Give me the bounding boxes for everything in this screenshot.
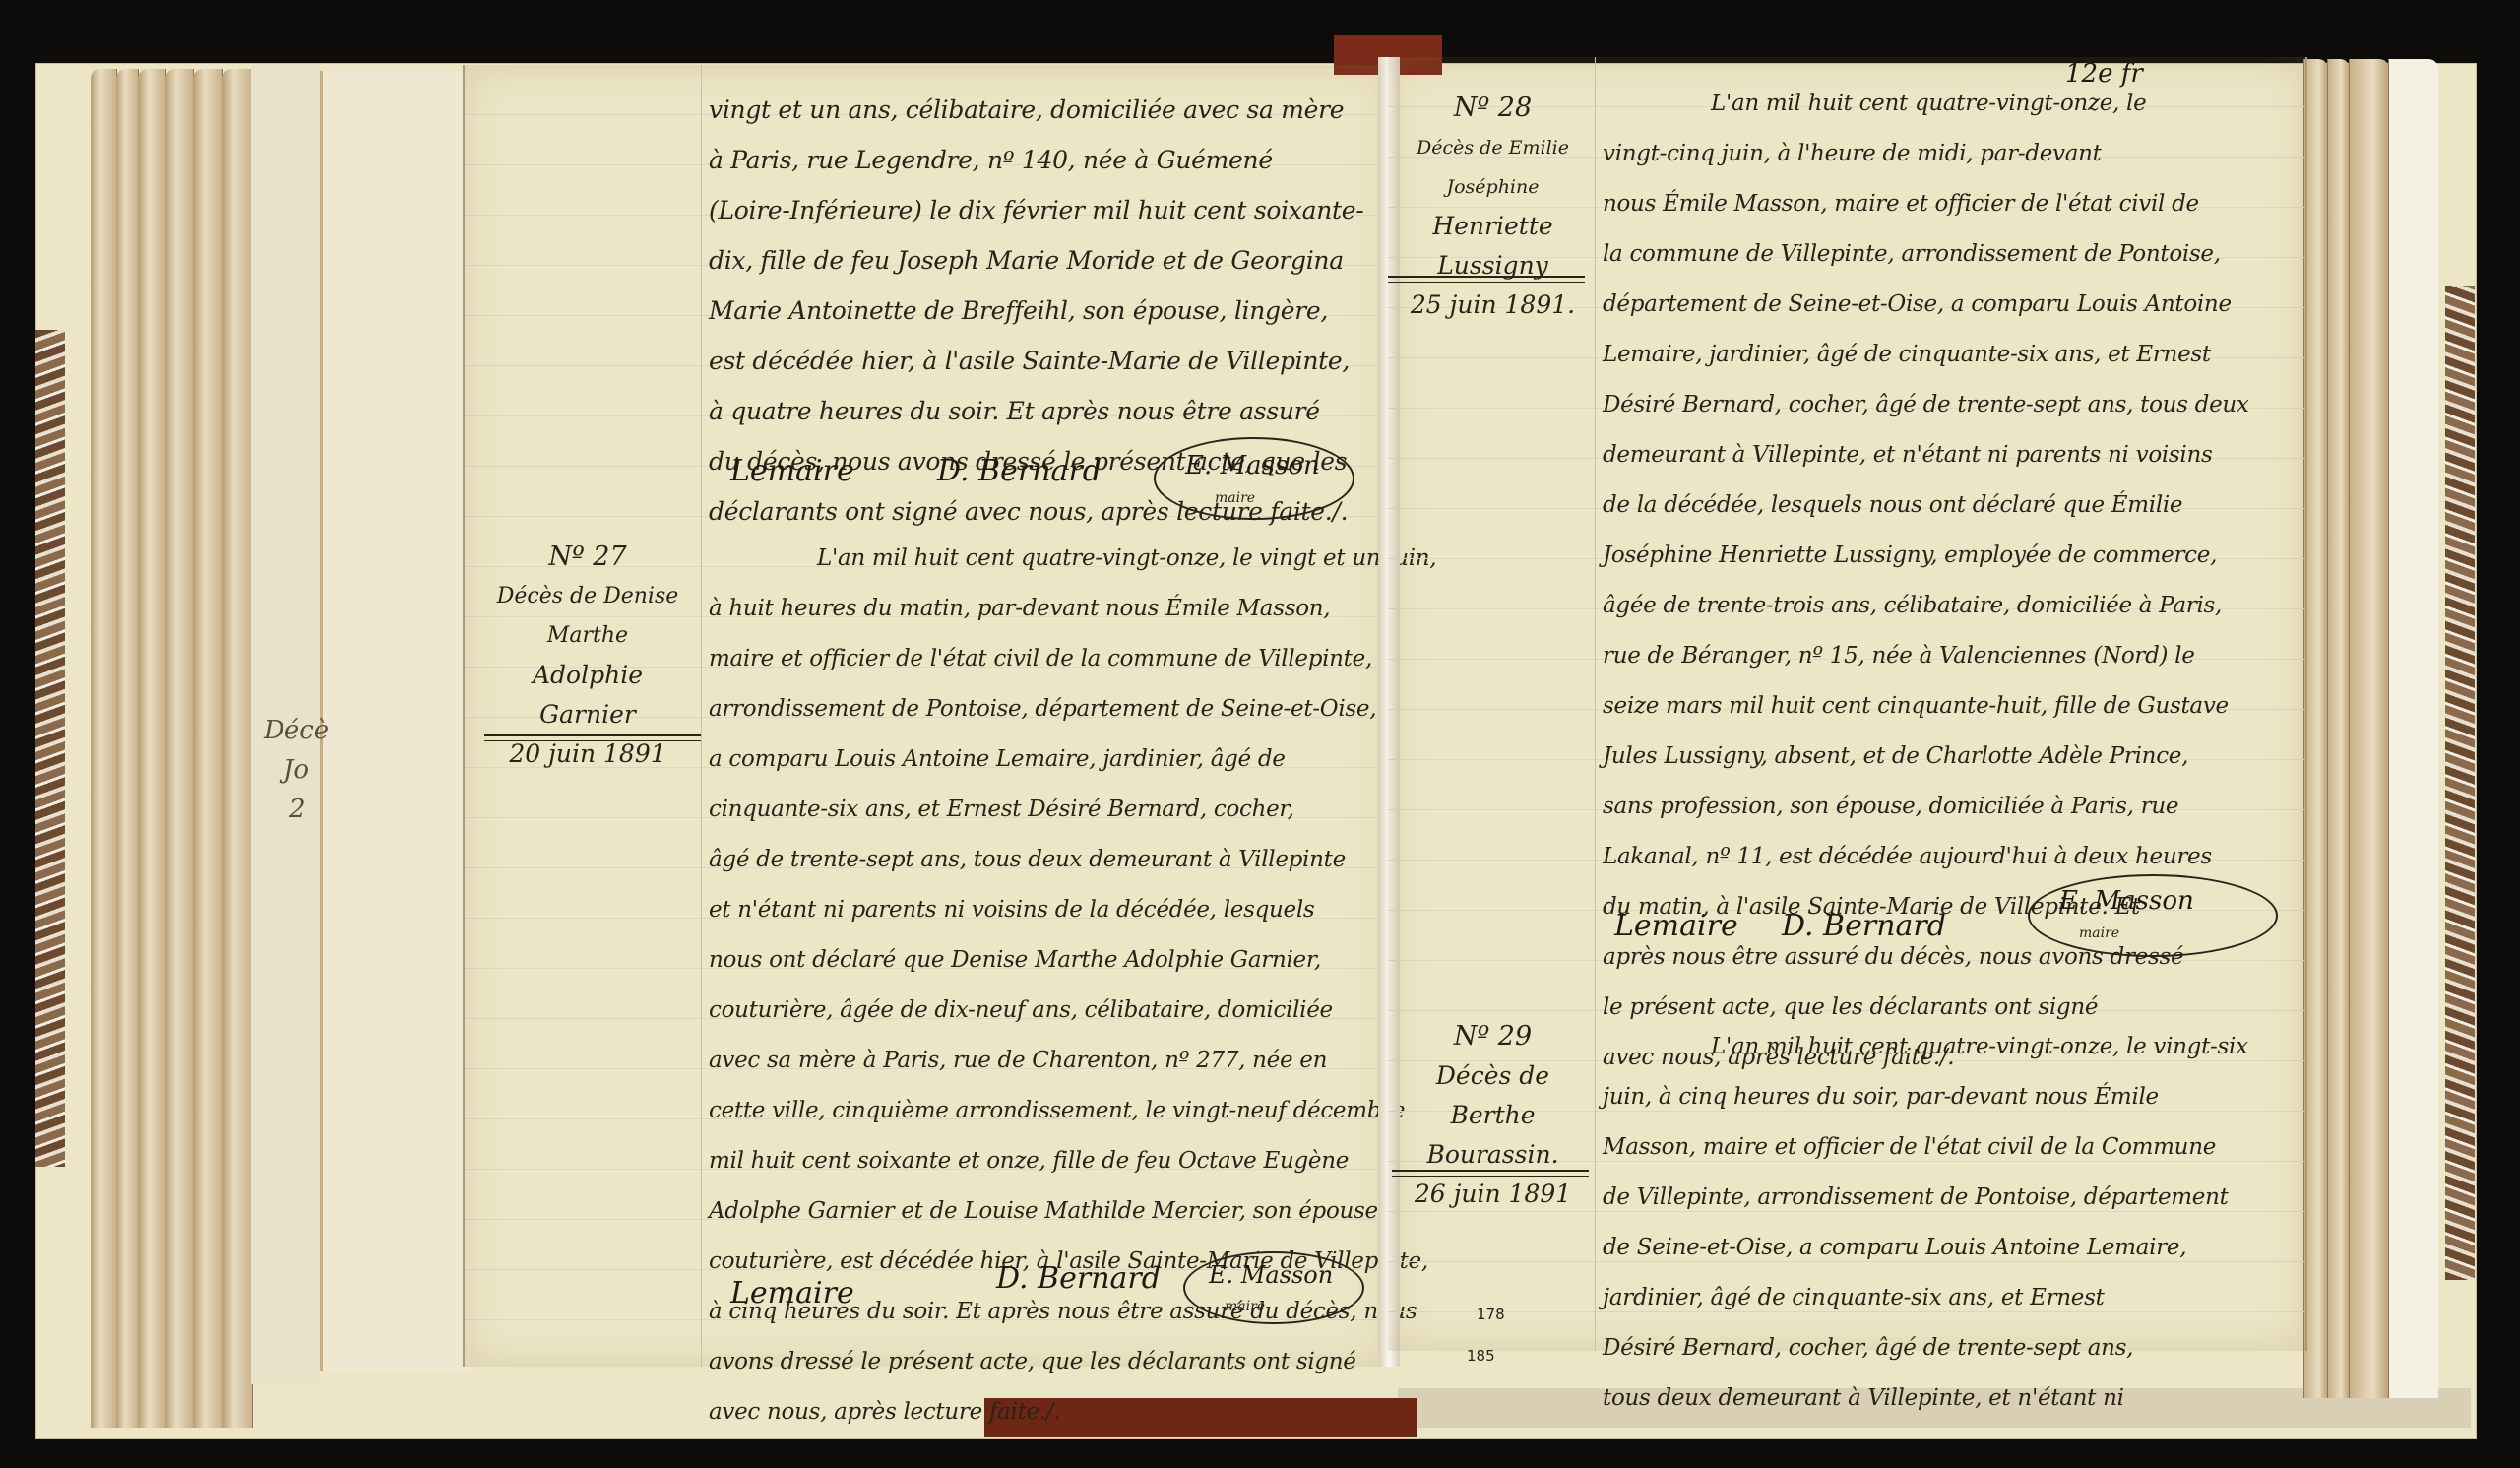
text-line: L'an mil huit cent quatre-vingt-onze, le… — [709, 534, 1436, 584]
text-line: jardinier, âgé de cinquante-six ans, et … — [1603, 1273, 2248, 1323]
entry-number: Nº 27 — [484, 538, 691, 577]
text-line: L'an mil huit cent quatre-vingt-onze, le — [1603, 79, 2249, 129]
page-edge — [2349, 59, 2389, 1398]
text-line: sans profession, son épouse, domiciliée … — [1603, 782, 2249, 832]
text-line: demeurant à Villepinte, et n'étant ni pa… — [1603, 430, 2249, 480]
text-line: arrondissement de Pontoise, département … — [709, 684, 1436, 734]
text-line: Adolphe Garnier et de Louise Mathilde Me… — [709, 1186, 1436, 1237]
mayor-signature-seal: E. Masson maire — [1154, 437, 1354, 520]
margin-date: 25 juin 1891. — [1392, 286, 1594, 325]
text-line: la commune de Villepinte, arrondissement… — [1603, 229, 2249, 280]
margin-title: Décès de Emilie Joséphine — [1392, 128, 1594, 207]
text-line: à quatre heures du soir. Et après nous ê… — [709, 386, 1363, 436]
seal-title: maire — [2079, 925, 2119, 941]
text-line: à huit heures du matin, par-devant nous … — [709, 584, 1436, 634]
text-line: Jules Lussigny, absent, et de Charlotte … — [1603, 732, 2249, 782]
text-line: a comparu Louis Antoine Lemaire, jardini… — [709, 734, 1436, 785]
margin-rule — [701, 65, 702, 1367]
text-line: rue de Béranger, nº 15, née à Valencienn… — [1603, 631, 2249, 681]
text-line: cette ville, cinquième arrondissement, l… — [709, 1086, 1436, 1136]
seal-title: maire — [1225, 1299, 1265, 1314]
text-line: vingt et un ans, célibataire, domiciliée… — [709, 85, 1363, 135]
text-line: âgé de trente-sept ans, tous deux demeur… — [709, 835, 1436, 885]
text-line: département de Seine-et-Oise, a comparu … — [1603, 280, 2249, 330]
entry-29-margin: Nº 29 Décès de Berthe Bourassin. 26 juin… — [1392, 1017, 1594, 1214]
page-edge — [91, 69, 117, 1428]
text-line: L'an mil huit cent quatre-vingt-onze, le… — [1603, 1022, 2248, 1072]
page-edge — [2327, 59, 2350, 1398]
signature-bernard: D. Bernard — [996, 1261, 1161, 1296]
fragment-text: Décè — [264, 711, 329, 750]
page-edge — [2388, 59, 2438, 1398]
text-line: avons dressé le présent acte, que les dé… — [709, 1337, 1436, 1387]
seal-name: E. Masson — [1209, 1261, 1333, 1289]
text-line: (Loire-Inférieure) le dix février mil hu… — [709, 185, 1363, 235]
text-line: couturière, âgée de dix-neuf ans, céliba… — [709, 986, 1436, 1036]
mayor-signature-seal: E. Masson maire — [2028, 874, 2278, 957]
text-line: avec nous, après lecture faite./. — [709, 1387, 1436, 1437]
signature-lemaire: Lemaire — [1614, 909, 1738, 943]
text-line: dix, fille de feu Joseph Marie Moride et… — [709, 235, 1363, 286]
text-line: nous ont déclaré que Denise Marthe Adolp… — [709, 935, 1436, 986]
marbled-endpaper-right — [2445, 286, 2475, 1280]
text-line: nous Émile Masson, maire et officier de … — [1603, 179, 2249, 229]
fragment-text: 2 — [264, 790, 329, 829]
left-page: vingt et un ans, célibataire, domiciliée… — [463, 65, 1390, 1367]
entry-separator — [1388, 276, 1585, 283]
text-line: Masson, maire et officier de l'état civi… — [1603, 1122, 2248, 1173]
text-line: Désiré Bernard, cocher, âgé de trente-se… — [1603, 1323, 2248, 1373]
page-edge — [222, 69, 253, 1428]
text-line: Marie Antoinette de Breffeihl, son épous… — [709, 286, 1363, 336]
text-line: avec sa mère à Paris, rue de Charenton, … — [709, 1036, 1436, 1086]
margin-date: 26 juin 1891 — [1392, 1175, 1594, 1214]
text-line: cinquante-six ans, et Ernest Désiré Bern… — [709, 785, 1436, 835]
entry-number: Nº 28 — [1392, 89, 1594, 128]
margin-rule — [1595, 57, 1596, 1351]
seal-title: maire — [1215, 490, 1255, 506]
text-line: vingt-cinq juin, à l'heure de midi, par-… — [1603, 129, 2249, 179]
text-line: de la décédée, lesquels nous ont déclaré… — [1603, 480, 2249, 531]
page-edge — [193, 69, 223, 1428]
text-line: Joséphine Henriette Lussigny, employée d… — [1603, 531, 2249, 581]
margin-title: Henriette Lussigny — [1392, 207, 1594, 286]
underlying-page-fragment: Décè Jo 2 — [320, 71, 471, 1371]
entry-separator — [484, 734, 701, 741]
page-edge — [138, 69, 166, 1428]
seal-name: E. Masson — [2059, 886, 2194, 916]
entry-28-margin: Nº 28 Décès de Emilie Joséphine Henriett… — [1392, 89, 1594, 325]
marbled-endpaper-left — [35, 330, 65, 1167]
folio-number: 178 — [1477, 1306, 1505, 1323]
seal-name: E. Masson — [1185, 451, 1320, 480]
signature-lemaire: Lemaire — [730, 1276, 854, 1310]
text-line: tous deux demeurant à Villepinte, et n'é… — [1603, 1373, 2248, 1424]
margin-title: Bourassin. — [1392, 1135, 1594, 1175]
text-line: juin, à cinq heures du soir, par-devant … — [1603, 1072, 2248, 1122]
text-line: à Paris, rue Legendre, nº 140, née à Gué… — [709, 135, 1363, 185]
text-line: âgée de trente-trois ans, célibataire, d… — [1603, 581, 2249, 631]
signature-lemaire: Lemaire — [730, 454, 854, 488]
text-line: et n'étant ni parents ni voisins de la d… — [709, 885, 1436, 935]
right-page: Nº 28 Décès de Emilie Joséphine Henriett… — [1388, 57, 2307, 1351]
text-line: est décédée hier, à l'asile Sainte-Marie… — [709, 336, 1363, 386]
page-edge — [165, 69, 194, 1428]
entry-separator — [1392, 1170, 1589, 1177]
text-line: maire et officier de l'état civil de la … — [709, 634, 1436, 684]
entry-29-body: L'an mil huit cent quatre-vingt-onze, le… — [1603, 1022, 2248, 1424]
lower-page-number: 185 — [1467, 1347, 1495, 1365]
margin-title: Décès de Denise Marthe — [484, 577, 691, 656]
mayor-signature-seal: E. Masson maire — [1183, 1251, 1364, 1324]
margin-title: Décès de Berthe — [1392, 1056, 1594, 1135]
text-line: Lemaire, jardinier, âgé de cinquante-six… — [1603, 330, 2249, 380]
margin-title: Adolphie Garnier — [484, 656, 691, 734]
signature-bernard: D. Bernard — [937, 454, 1102, 488]
page-edge — [116, 69, 139, 1428]
signature-bernard: D. Bernard — [1782, 909, 1946, 943]
entry-number: Nº 29 — [1392, 1017, 1594, 1056]
text-line: seize mars mil huit cent cinquante-huit,… — [1603, 681, 2249, 732]
text-line: mil huit cent soixante et onze, fille de… — [709, 1136, 1436, 1186]
text-line: de Seine-et-Oise, a comparu Louis Antoin… — [1603, 1223, 2248, 1273]
fragment-text: Jo — [264, 750, 329, 790]
text-line: de Villepinte, arrondissement de Pontois… — [1603, 1173, 2248, 1223]
text-line: Désiré Bernard, cocher, âgé de trente-se… — [1603, 380, 2249, 430]
